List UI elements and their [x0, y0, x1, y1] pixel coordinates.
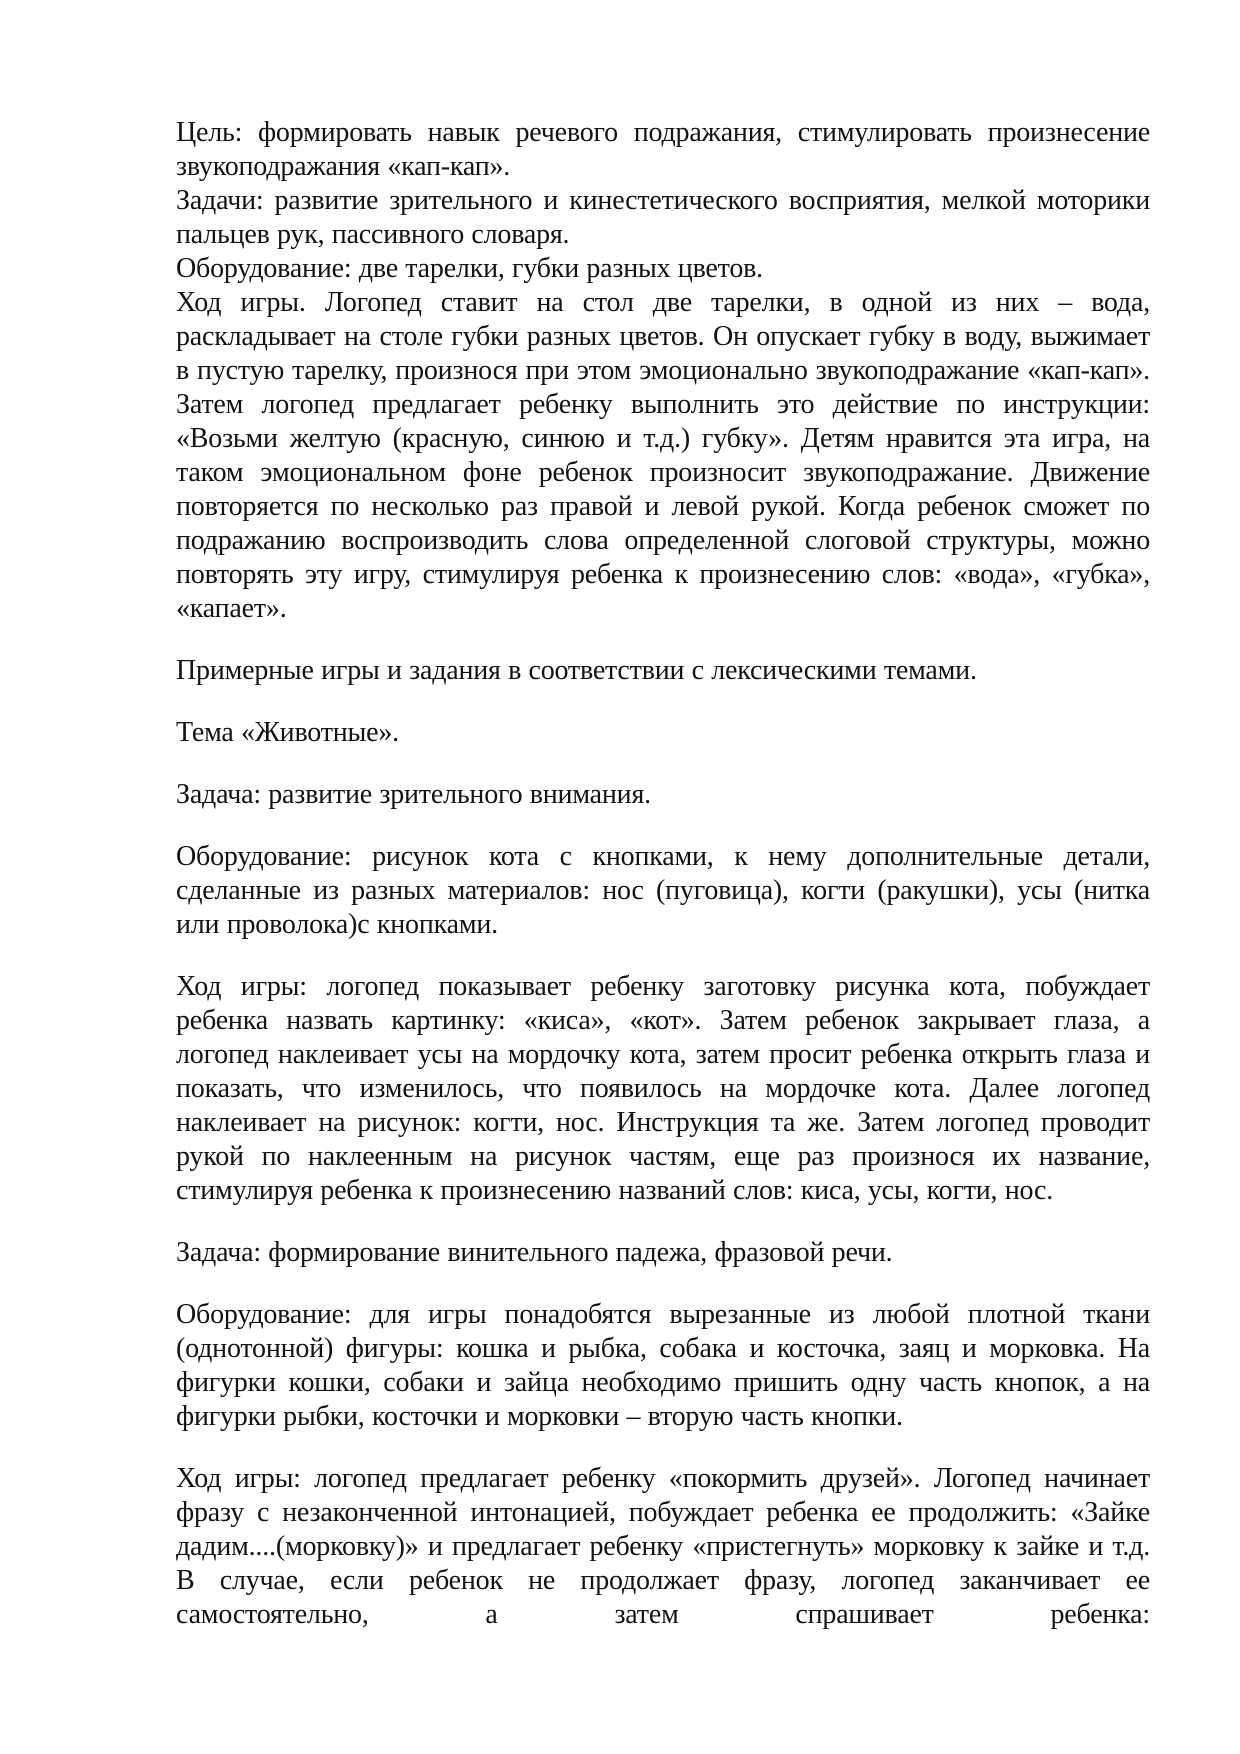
- paragraph-topic-animals: Тема «Животные».: [176, 716, 1150, 750]
- paragraph-tasks: Задачи: развитие зрительного и кинестети…: [176, 184, 1150, 252]
- paragraph-equipment-1: Оборудование: две тарелки, губки разных …: [176, 252, 1150, 286]
- paragraph-game-flow-3: Ход игры: логопед предлагает ребенку «по…: [176, 1462, 1150, 1632]
- paragraph-game-flow-1: Ход игры. Логопед ставит на стол две тар…: [176, 286, 1150, 626]
- paragraph-task-2: Задача: развитие зрительного внимания.: [176, 778, 1150, 812]
- paragraph-equipment-2: Оборудование: рисунок кота с кнопками, к…: [176, 840, 1150, 942]
- paragraph-task-3: Задача: формирование винительного падежа…: [176, 1236, 1150, 1270]
- paragraph-sample-games-heading: Примерные игры и задания в соответствии …: [176, 654, 1150, 688]
- document-page: Цель: формировать навык речевого подража…: [0, 0, 1240, 1754]
- text-block: Цель: формировать навык речевого подража…: [176, 116, 1150, 1632]
- paragraph-goal: Цель: формировать навык речевого подража…: [176, 116, 1150, 184]
- paragraph-equipment-3: Оборудование: для игры понадобятся вырез…: [176, 1298, 1150, 1434]
- paragraph-game-flow-2: Ход игры: логопед показывает ребенку заг…: [176, 970, 1150, 1208]
